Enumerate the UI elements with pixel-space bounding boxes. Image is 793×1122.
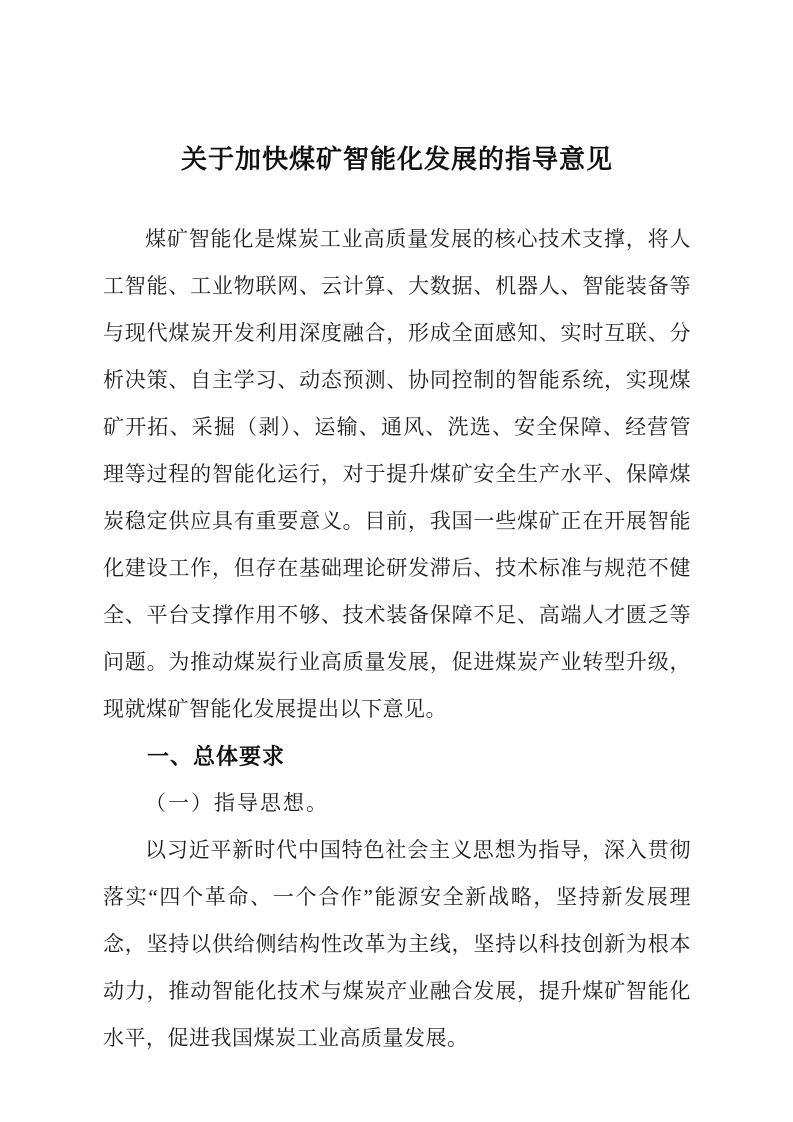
page-number: 1 [393, 988, 400, 1003]
paragraph-guiding-ideology: 以习近平新时代中国特色社会主义思想为指导，深入贯彻落实“四个革命、一个合作”能源… [103, 827, 691, 1062]
subsection-heading-guiding-ideology: （一）指导思想。 [103, 780, 691, 827]
document-title: 关于加快煤矿智能化发展的指导意见 [103, 140, 691, 180]
page-footer: 1 [0, 986, 793, 1004]
paragraph-intro: 煤矿智能化是煤炭工业高质量发展的核心技术支撑，将人工智能、工业物联网、云计算、大… [103, 216, 691, 733]
section-heading-overall-requirements: 一、总体要求 [103, 733, 691, 780]
document-body: 煤矿智能化是煤炭工业高质量发展的核心技术支撑，将人工智能、工业物联网、云计算、大… [103, 216, 691, 1062]
document-page: 关于加快煤矿智能化发展的指导意见 煤矿智能化是煤炭工业高质量发展的核心技术支撑，… [0, 0, 793, 1122]
